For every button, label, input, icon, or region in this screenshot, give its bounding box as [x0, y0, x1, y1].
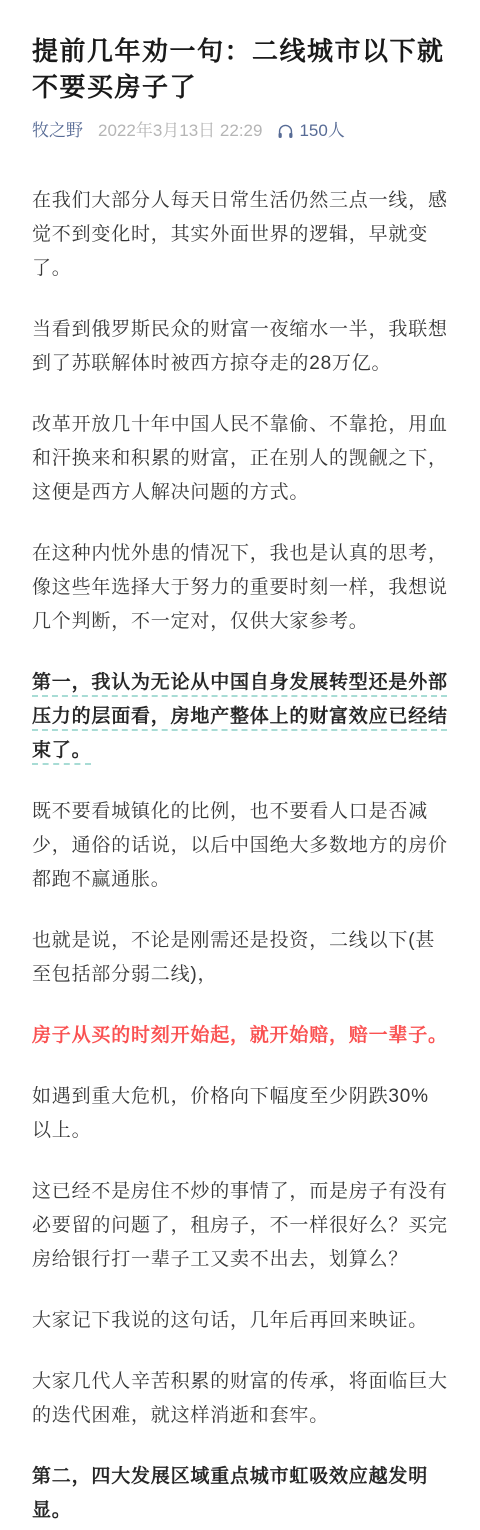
publish-date: 2022年3月13日 22:29: [98, 118, 262, 144]
paragraph: 也就是说，不论是刚需还是投资，二线以下(甚至包括部分弱二线)，: [32, 924, 448, 992]
paragraph-key-point-1: 第一，我认为无论从中国自身发展转型还是外部压力的层面看，房地产整体上的财富效应已…: [32, 666, 448, 768]
article-body: 在我们大部分人每天日常生活仍然三点一线，感觉不到变化时，其实外面世界的逻辑，早就…: [32, 184, 448, 1528]
article-title: 提前几年劝一句：二线城市以下就不要买房子了: [32, 33, 448, 105]
listen-audio-button[interactable]: 150人: [276, 118, 344, 144]
paragraph: 这已经不是房住不炒的事情了，而是房子有没有必要留的问题了，租房子，不一样很好么？…: [32, 1175, 448, 1277]
paragraph: 改革开放几十年中国人民不靠偷、不靠抢，用血和汗换来和积累的财富，正在别人的觊觎之…: [32, 408, 448, 510]
paragraph-red-warning: 房子从买的时刻开始起，就开始赔，赔一辈子。: [32, 1019, 448, 1053]
author-link[interactable]: 牧之野: [32, 118, 83, 144]
paragraph: 既不要看城镇化的比例，也不要看人口是否减少，通俗的话说，以后中国绝大多数地方的房…: [32, 795, 448, 897]
paragraph: 当看到俄罗斯民众的财富一夜缩水一半，我联想到了苏联解体时被西方掠夺走的28万亿。: [32, 313, 448, 381]
article-meta: 牧之野 2022年3月13日 22:29 150人: [32, 118, 448, 144]
paragraph: 大家几代人辛苦积累的财富的传承，将面临巨大的迭代困难，就这样消逝和套牢。: [32, 1365, 448, 1433]
paragraph: 如遇到重大危机，价格向下幅度至少阴跌30%以上。: [32, 1080, 448, 1148]
listen-count: 150人: [299, 118, 344, 144]
paragraph-key-point-2: 第二，四大发展区域重点城市虹吸效应越发明显。: [32, 1460, 448, 1528]
paragraph: 大家记下我说的这句话，几年后再回来映证。: [32, 1304, 448, 1338]
article: 提前几年劝一句：二线城市以下就不要买房子了 牧之野 2022年3月13日 22:…: [0, 0, 480, 1528]
headphones-icon: [276, 122, 295, 141]
paragraph: 在我们大部分人每天日常生活仍然三点一线，感觉不到变化时，其实外面世界的逻辑，早就…: [32, 184, 448, 286]
paragraph: 在这种内忧外患的情况下，我也是认真的思考，像这些年选择大于努力的重要时刻一样，我…: [32, 537, 448, 639]
